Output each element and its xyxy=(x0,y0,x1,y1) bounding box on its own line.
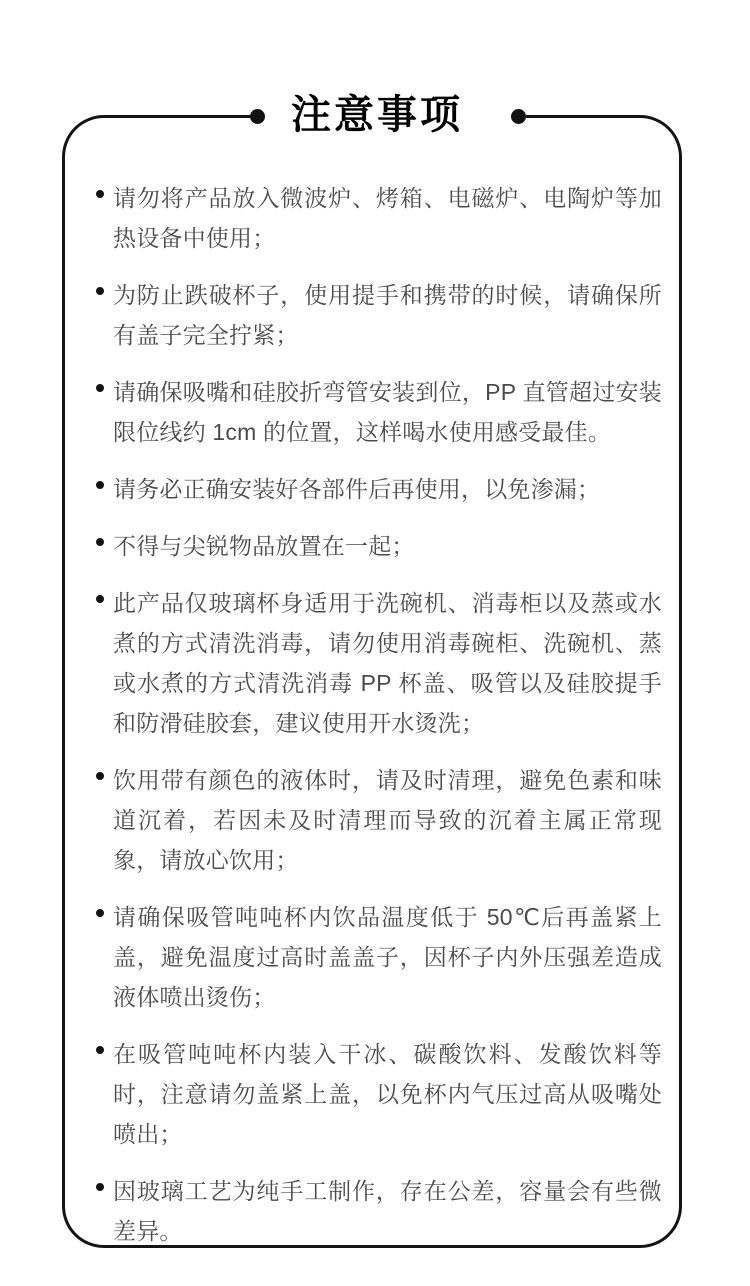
notice-page: 注意事项 请勿将产品放入微波炉、烤箱、电磁炉、电陶炉等加热设备中使用； 为防止跌… xyxy=(0,0,750,1286)
bullet-icon xyxy=(96,595,104,603)
notice-item: 因玻璃工艺为纯手工制作，存在公差，容量会有些微差异。 xyxy=(96,1171,662,1251)
bullet-icon xyxy=(96,772,104,780)
notice-item: 不得与尖锐物品放置在一起； xyxy=(96,526,662,566)
notice-item-text: 请勿将产品放入微波炉、烤箱、电磁炉、电陶炉等加热设备中使用； xyxy=(113,178,662,258)
bullet-icon xyxy=(96,1183,104,1191)
notice-item: 为防止跌破杯子，使用提手和携带的时候，请确保所有盖子完全拧紧； xyxy=(96,275,662,355)
notice-item-text: 因玻璃工艺为纯手工制作，存在公差，容量会有些微差异。 xyxy=(113,1171,662,1251)
page-title: 注意事项 xyxy=(0,93,750,137)
bullet-icon xyxy=(96,538,104,546)
notice-item-text: 此产品仅玻璃杯身适用于洗碗机、消毒柜以及蒸或水煮的方式清洗消毒，请勿使用消毒碗柜… xyxy=(113,583,662,743)
notice-item: 请确保吸管吨吨杯内饮品温度低于 50℃后再盖紧上盖，避免温度过高时盖盖子，因杯子… xyxy=(96,897,662,1017)
notice-item: 此产品仅玻璃杯身适用于洗碗机、消毒柜以及蒸或水煮的方式清洗消毒，请勿使用消毒碗柜… xyxy=(96,583,662,743)
notice-item-text: 请务必正确安装好各部件后再使用，以免渗漏； xyxy=(113,469,600,509)
bullet-icon xyxy=(96,384,104,392)
notice-item-text: 在吸管吨吨杯内装入干冰、碳酸饮料、发酸饮料等时，注意请勿盖紧上盖，以免杯内气压过… xyxy=(113,1034,662,1154)
notice-item: 饮用带有颜色的液体时，请及时清理，避免色素和味道沉着，若因未及时清理而导致的沉着… xyxy=(96,760,662,880)
notice-item-text: 不得与尖锐物品放置在一起； xyxy=(113,526,415,566)
bullet-icon xyxy=(96,190,104,198)
bullet-icon xyxy=(96,909,104,917)
notice-item: 请勿将产品放入微波炉、烤箱、电磁炉、电陶炉等加热设备中使用； xyxy=(96,178,662,258)
notice-item-text: 请确保吸嘴和硅胶折弯管安装到位，PP 直管超过安装限位线约 1cm 的位置，这样… xyxy=(113,372,662,452)
notice-item-text: 请确保吸管吨吨杯内饮品温度低于 50℃后再盖紧上盖，避免温度过高时盖盖子，因杯子… xyxy=(113,897,662,1017)
notice-item-text: 饮用带有颜色的液体时，请及时清理，避免色素和味道沉着，若因未及时清理而导致的沉着… xyxy=(113,760,662,880)
notice-item-text: 为防止跌破杯子，使用提手和携带的时候，请确保所有盖子完全拧紧； xyxy=(113,275,662,355)
bullet-icon xyxy=(96,1046,104,1054)
notice-item: 请确保吸嘴和硅胶折弯管安装到位，PP 直管超过安装限位线约 1cm 的位置，这样… xyxy=(96,372,662,452)
bullet-icon xyxy=(96,481,104,489)
notice-item: 在吸管吨吨杯内装入干冰、碳酸饮料、发酸饮料等时，注意请勿盖紧上盖，以免杯内气压过… xyxy=(96,1034,662,1154)
notice-list: 请勿将产品放入微波炉、烤箱、电磁炉、电陶炉等加热设备中使用； 为防止跌破杯子，使… xyxy=(96,178,662,1268)
notice-item: 请务必正确安装好各部件后再使用，以免渗漏； xyxy=(96,469,662,509)
bullet-icon xyxy=(96,287,104,295)
